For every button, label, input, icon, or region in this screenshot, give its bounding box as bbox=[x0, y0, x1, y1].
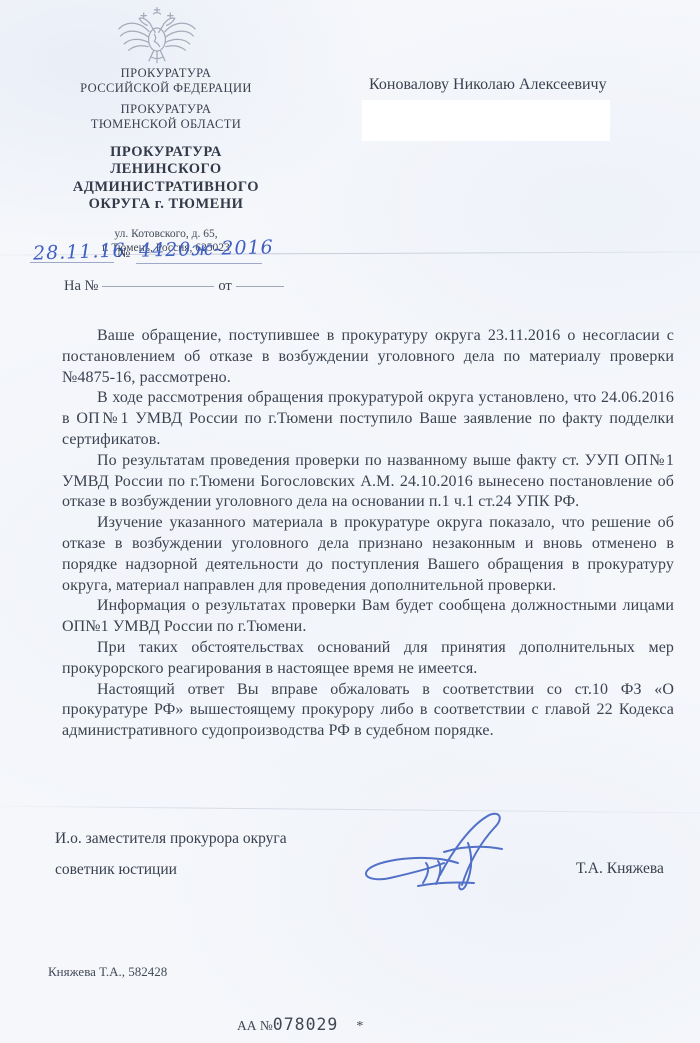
incoming-number-blank bbox=[102, 286, 214, 287]
number-underline bbox=[136, 263, 262, 264]
signer-name: Т.А. Княжева bbox=[576, 860, 664, 878]
blank-form-number: АА №078029* bbox=[237, 1015, 363, 1035]
letter-body: Ваше обращение, поступившее в прокуратур… bbox=[62, 326, 674, 742]
federal-prosecutor-line-1: ПРОКУРАТУРА bbox=[28, 66, 304, 81]
office-line-1: ПРОКУРАТУРА bbox=[28, 144, 304, 161]
regional-prosecutor-line-1: ПРОКУРАТУРА bbox=[28, 102, 304, 117]
office-line-2: ЛЕНИНСКОГО bbox=[28, 161, 304, 178]
incoming-label: На № bbox=[64, 278, 98, 294]
executor-contact-line: Княжева Т.А., 582428 bbox=[48, 964, 167, 980]
russian-coat-of-arms-icon bbox=[113, 5, 201, 67]
body-paragraph-3: По результатам проведения проверки по на… bbox=[62, 451, 674, 513]
office-line-4: ОКРУГА г. ТЮМЕНИ bbox=[28, 196, 304, 213]
scanned-letter-page: ПРОКУРАТУРА РОССИЙСКОЙ ФЕДЕРАЦИИ ПРОКУРА… bbox=[0, 0, 700, 1043]
body-paragraph-1: Ваше обращение, поступившее в прокуратур… bbox=[62, 326, 674, 388]
handwritten-outgoing-date: 28.11.16 bbox=[33, 239, 126, 264]
signer-position-line-1: И.о. заместителя прокурора округа bbox=[55, 830, 287, 848]
incoming-date-blank bbox=[236, 286, 284, 287]
form-number-digits: 078029 bbox=[273, 1015, 339, 1034]
signer-position-line-2: советник юстиции bbox=[55, 861, 177, 879]
number-sign-label: № bbox=[117, 246, 130, 262]
body-paragraph-6: При таких обстоятельствах оснований для … bbox=[62, 638, 674, 680]
handwritten-outgoing-number: 4420ж-2016 bbox=[139, 236, 274, 262]
handwritten-signature bbox=[290, 805, 510, 900]
body-paragraph-7: Настоящий ответ Вы вправе обжаловать в с… bbox=[62, 680, 674, 742]
body-paragraph-4: Изучение указанного материала в прокурат… bbox=[62, 513, 674, 596]
date-underline bbox=[30, 262, 114, 263]
district-office-name: ПРОКУРАТУРА ЛЕНИНСКОГО АДМИНИСТРАТИВНОГО… bbox=[28, 144, 304, 214]
body-paragraph-2: В ходе рассмотрения обращения прокуратур… bbox=[62, 388, 674, 450]
letterhead: ПРОКУРАТУРА РОССИЙСКОЙ ФЕДЕРАЦИИ ПРОКУРА… bbox=[28, 66, 304, 255]
regional-prosecutor-line-2: ТЮМЕНСКОЙ ОБЛАСТИ bbox=[28, 117, 304, 132]
body-paragraph-5: Информация о результатах проверки Вам бу… bbox=[62, 596, 674, 638]
federal-prosecutor-line-2: РОССИЙСКОЙ ФЕДЕРАЦИИ bbox=[28, 81, 304, 96]
from-label: от bbox=[218, 278, 231, 294]
form-number-asterisk: * bbox=[356, 1019, 363, 1034]
redacted-address-box bbox=[362, 100, 610, 141]
office-line-3: АДМИНИСТРАТИВНОГО bbox=[28, 179, 304, 196]
addressee-name: Коновалову Николаю Алексеевичу bbox=[369, 76, 679, 94]
form-number-prefix: АА № bbox=[237, 1018, 273, 1033]
incoming-reference-line: На №от bbox=[64, 278, 288, 295]
